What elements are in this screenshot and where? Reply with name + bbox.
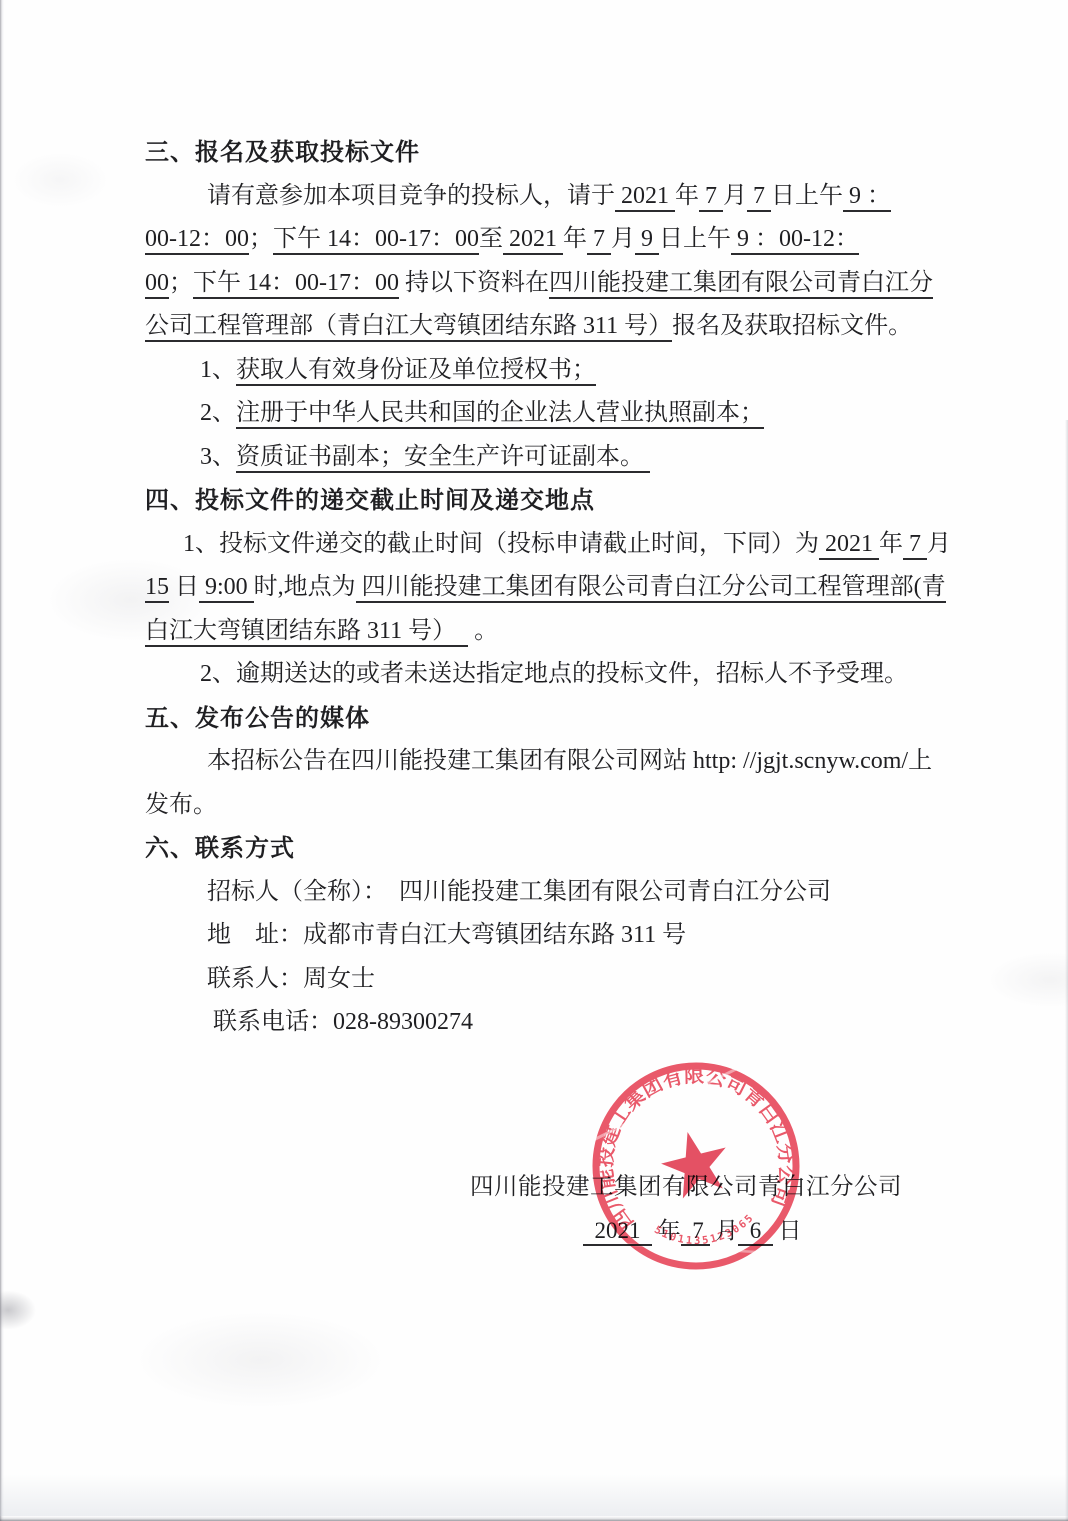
text-segment: ；	[169, 270, 193, 296]
text-segment: 招标人（全称）： 四川能投建工集团有限公司青白江分公司	[207, 879, 831, 905]
text-line: 3、资质证书副本；安全生产许可证副本。	[145, 436, 937, 480]
text-segment: 四、投标文件的递交截止时间及递交地点	[145, 487, 595, 514]
underlined-text: 00-12：00	[145, 226, 249, 255]
section-heading: 四、投标文件的递交截止时间及递交地点	[145, 479, 937, 523]
text-segment: 月	[927, 531, 951, 557]
scan-edge-left	[0, 0, 4, 1521]
text-segment: 年	[879, 531, 903, 557]
underlined-text: 白江大弯镇团结东路 311 号）	[145, 618, 468, 647]
underlined-text: 9	[635, 226, 659, 255]
text-segment: 日上午	[659, 226, 731, 252]
text-segment: 联系电话：028-89300274	[207, 1009, 473, 1035]
underlined-text: 下午 14：00-17：00	[273, 226, 479, 255]
underlined-text: 9 ：	[843, 183, 891, 212]
text-segment: 2、逾期送达的或者未送达指定地点的投标文件，招标人不予受理。	[200, 661, 908, 687]
underlined-text: 9:00	[199, 574, 254, 603]
text-line: 白江大弯镇团结东路 311 号） 。	[145, 610, 937, 654]
text-segment: 时,地点为	[254, 574, 356, 600]
text-segment: 至	[479, 226, 503, 252]
section-heading: 六、联系方式	[145, 827, 937, 871]
document-flow: 三、报名及获取投标文件请有意参加本项目竞争的投标人，请于 2021 年 7 月 …	[145, 131, 937, 1045]
underlined-text: 00	[145, 270, 169, 299]
text-line: 地 址：成都市青白江大弯镇团结东路 311 号	[145, 914, 937, 958]
text-segment: 联系人：周女士	[207, 966, 375, 992]
text-line: 00-12：00；下午 14：00-17：00至 2021 年 7 月 9 日上…	[145, 218, 937, 262]
text-segment: 1、	[200, 357, 236, 383]
text-segment: 五、发布公告的媒体	[145, 705, 370, 732]
text-segment: 请有意参加本项目竞争的投标人，请于	[207, 183, 615, 209]
text-segment: 报名及获取招标文件。	[672, 313, 912, 339]
text-line: 请有意参加本项目竞争的投标人，请于 2021 年 7 月 7 日上午 9 ：	[145, 175, 937, 219]
text-segment: 持以下资料在	[399, 270, 549, 296]
seal-star-icon	[655, 1124, 735, 1202]
underlined-text: 获取人有效身份证及单位授权书；	[236, 357, 596, 386]
text-line: 招标人（全称）： 四川能投建工集团有限公司青白江分公司	[145, 871, 937, 915]
text-segment: 3、	[200, 444, 236, 470]
underlined-text: 四川能投建工集团有限公司青白江分	[549, 270, 933, 299]
text-segment: 月	[723, 183, 747, 209]
underlined-text: 7	[747, 183, 771, 212]
text-segment: 本招标公告在四川能投建工集团有限公司网站 http: //jgjt.scnyw.…	[207, 748, 932, 774]
underlined-text: 下午 14：00-17：00	[193, 270, 399, 299]
text-line: 本招标公告在四川能投建工集团有限公司网站 http: //jgjt.scnyw.…	[145, 740, 937, 784]
text-segment: 。	[468, 618, 498, 644]
text-line: 15 日 9:00 时,地点为 四川能投建工集团有限公司青白江分公司工程管理部(…	[145, 566, 937, 610]
underlined-text: 2021	[615, 183, 675, 212]
text-line: 2、注册于中华人民共和国的企业法人营业执照副本；	[145, 392, 937, 436]
text-segment: 2、	[200, 400, 236, 426]
official-seal: 四川能投建工集团有限公司青白江分公司 5101135123065	[567, 1037, 825, 1295]
text-segment: 年	[675, 183, 699, 209]
underlined-text: 7	[587, 226, 611, 255]
underlined-text: 15	[145, 574, 169, 603]
text-segment: 发布。	[145, 792, 217, 818]
scan-edge-bottom	[0, 1516, 1068, 1521]
underlined-text: 9 ：00-12：	[731, 226, 859, 255]
section-heading: 三、报名及获取投标文件	[145, 131, 937, 175]
text-segment: 日	[169, 574, 199, 600]
text-segment: 年	[563, 226, 587, 252]
text-line: 1、投标文件递交的截止时间（投标申请截止时间，下同）为 2021 年 7 月	[145, 523, 937, 567]
text-segment: 三、报名及获取投标文件	[145, 139, 420, 166]
text-line: 发布。	[145, 784, 937, 828]
underlined-text: 2021	[819, 531, 879, 560]
underlined-text: 公司工程管理部（青白江大弯镇团结东路 311 号）	[145, 313, 672, 342]
text-segment: 日上午	[771, 183, 843, 209]
text-line: 00；下午 14：00-17：00 持以下资料在四川能投建工集团有限公司青白江分	[145, 262, 937, 306]
scan-band-bottom	[0, 1474, 1068, 1516]
underlined-text: 四川能投建工集团有限公司青白江分公司工程管理部(青	[356, 574, 946, 603]
text-line: 公司工程管理部（青白江大弯镇团结东路 311 号）报名及获取招标文件。	[145, 305, 937, 349]
scanned-document-page: 三、报名及获取投标文件请有意参加本项目竞争的投标人，请于 2021 年 7 月 …	[0, 0, 1068, 1521]
text-line: 2、逾期送达的或者未送达指定地点的投标文件，招标人不予受理。	[145, 653, 937, 697]
text-segment: 1、投标文件递交的截止时间（投标申请截止时间，下同）为	[183, 531, 819, 557]
text-line: 1、获取人有效身份证及单位授权书；	[145, 349, 937, 393]
text-segment: 地 址：成都市青白江大弯镇团结东路 311 号	[207, 922, 686, 948]
underlined-text: 2021	[503, 226, 563, 255]
text-line: 联系电话：028-89300274	[145, 1001, 937, 1045]
text-segment: ；	[249, 226, 273, 252]
text-line: 联系人：周女士	[145, 958, 937, 1002]
section-heading: 五、发布公告的媒体	[145, 697, 937, 741]
underlined-text: 注册于中华人民共和国的企业法人营业执照副本；	[236, 400, 764, 429]
underlined-text: 7	[903, 531, 927, 560]
text-segment: 月	[611, 226, 635, 252]
underlined-text: 7	[699, 183, 723, 212]
text-segment: 六、联系方式	[145, 835, 295, 862]
underlined-text: 资质证书副本；安全生产许可证副本。	[236, 444, 650, 473]
